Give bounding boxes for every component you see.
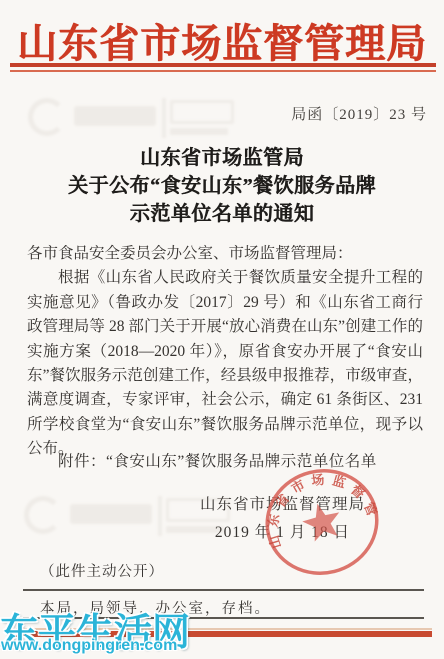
press-watermark-top xyxy=(28,96,236,140)
press-logo-icon xyxy=(24,496,62,534)
footer-rule-top xyxy=(23,589,424,591)
masthead-agency-name: 山东省市场监督管理局 xyxy=(6,12,438,69)
disclosure-note: （此件主动公开） xyxy=(40,560,164,581)
salutation: 各市食品安全委员会办公室、市场监督管理局： xyxy=(27,242,423,266)
document-number: 局函〔2019〕23 号 xyxy=(291,103,427,124)
site-watermark-url: www.dongpingren.com xyxy=(1,637,177,655)
attachment-line: 附件：“食安山东”餐饮服务品牌示范单位名单 xyxy=(27,449,423,471)
title-line-3: 示范单位名单的通知 xyxy=(0,200,444,228)
title-line-1: 山东省市场监管局 xyxy=(0,144,444,172)
masthead-rule-thick xyxy=(10,63,436,67)
press-logo-icon xyxy=(28,98,66,136)
document-body: 各市食品安全委员会办公室、市场监督管理局： 根据《山东省人民政府关于餐饮质量安全… xyxy=(27,242,423,462)
document-title: 山东省市场监管局 关于公布“食安山东”餐饮服务品牌 示范单位名单的通知 xyxy=(0,144,444,228)
masthead-rule-thin xyxy=(10,70,436,72)
body-paragraph: 根据《山东省人民政府关于餐饮质量安全提升工程的实施意见》（鲁政办发〔2017〕2… xyxy=(27,266,423,461)
press-watermark-middle xyxy=(24,494,232,538)
title-line-2: 关于公布“食安山东”餐饮服务品牌 xyxy=(0,172,444,200)
document-page: 山东省市场监督管理局 局函〔2019〕23 号 山东省市场监管局 关于公布“食安… xyxy=(0,0,444,659)
